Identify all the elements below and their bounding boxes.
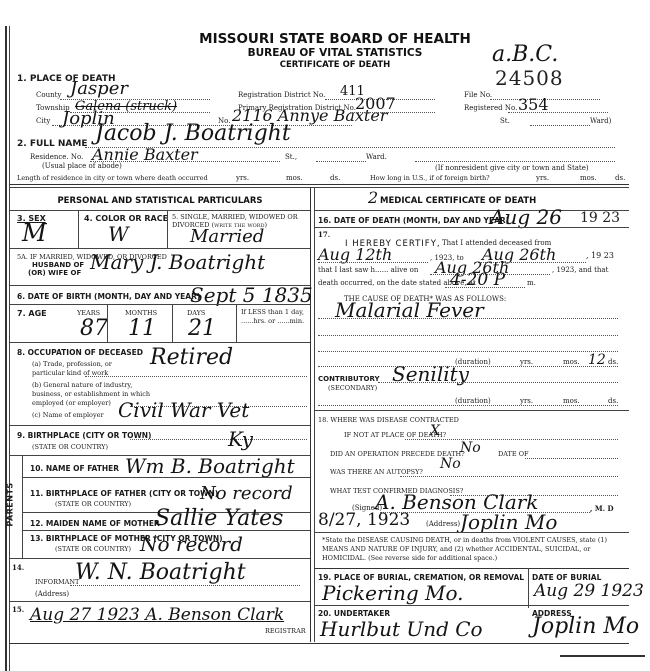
registrar-label: REGISTRAR <box>265 627 306 635</box>
undertaker-address-value: Joplin Mo <box>532 614 639 639</box>
foreign-ds-label: ds. <box>615 174 625 182</box>
form-name: CERTIFICATE OF DEATH <box>150 60 520 70</box>
line-cause <box>314 410 629 411</box>
father-value: Wm B. Boatright <box>125 454 295 478</box>
residence-st-label: St., <box>285 153 297 161</box>
line-personal <box>9 210 310 211</box>
date-of-label: DATE OF <box>498 450 529 458</box>
days-value: 21 <box>188 316 216 341</box>
occ-c-label: (c) Name of employer <box>32 411 104 419</box>
line-mother <box>22 530 310 531</box>
column-divider-2 <box>314 187 315 642</box>
registered-no-value: 354 <box>518 95 549 114</box>
parents-label: PARENTS <box>6 482 15 526</box>
filed-num: 15. <box>12 605 24 614</box>
years-value: 87 <box>80 316 108 341</box>
line-occ-bottom <box>9 425 310 426</box>
line-age-3 <box>236 304 237 342</box>
less-than-label: If LESS than 1 day, ......hrs. or ......… <box>241 308 307 326</box>
line-burial-bottom <box>314 605 629 606</box>
medical-address-value: Joplin Mo <box>460 510 557 534</box>
full-name-label: 2. FULL NAME <box>17 139 87 149</box>
father-birthplace-value: No record <box>200 483 293 504</box>
full-name-value: Jacob J. Boatright <box>95 121 291 146</box>
nonresident-note: (If nonresident give city or town and St… <box>435 164 589 172</box>
parents-divider <box>22 455 23 558</box>
dob-label: 6. DATE OF BIRTH (MONTH, DAY AND YEAR) <box>17 292 200 301</box>
line-informant <box>9 601 310 602</box>
burial-value: Pickering Mo. <box>322 581 464 605</box>
operation-value: No <box>460 440 481 456</box>
bottom-stroke <box>560 655 645 657</box>
father-state-label: (STATE OR COUNTRY) <box>55 500 131 508</box>
document-subtitle: BUREAU OF VITAL STATISTICS <box>150 47 520 59</box>
mother-state-label: (STATE OR COUNTRY) <box>55 545 131 553</box>
length-yrs-label: yrs. <box>236 174 249 182</box>
father-birthplace-label: 11. BIRTHPLACE OF FATHER (CITY OR TOWN) <box>30 489 218 498</box>
item-17: 17. <box>318 230 330 239</box>
length-mos-label: mos. <box>286 174 303 182</box>
duration-ds-label: ds. <box>608 358 618 366</box>
birthplace-value: Ky <box>228 427 253 451</box>
section-mark: 2 <box>368 188 378 207</box>
duration-mos-label: mos. <box>563 358 580 366</box>
spouse-value: Mary J. Boatright <box>90 250 265 274</box>
contributory-label: CONTRIBUTORY <box>318 375 380 383</box>
last-saw-label: that I last saw h...... alive on <box>318 266 418 274</box>
duration2-yrs-label: yrs. <box>520 397 533 405</box>
line-age-2 <box>172 304 173 342</box>
sex-value: M <box>22 219 47 247</box>
residence-ward-label: Ward. <box>366 153 387 161</box>
last-saw-year: , 1923, and that <box>552 266 608 274</box>
undertaker-value: Hurlbut Und Co <box>320 617 483 641</box>
column-divider <box>310 187 311 642</box>
personal-section-title: PERSONAL AND STATISTICAL PARTICULARS <box>10 196 310 206</box>
dod-label: 16. DATE OF DEATH (MONTH, DAY AND YEAR) <box>318 216 509 225</box>
filed-value: Aug 27 1923 A. Benson Clark <box>30 605 284 625</box>
line-sex-bottom <box>9 248 310 249</box>
medical-address-label: (Address) <box>426 520 460 528</box>
father-label: 10. NAME OF FATHER <box>30 464 119 473</box>
primary-district-label: Primary Registration District No. <box>238 104 356 112</box>
foreign-mos-label: mos. <box>580 174 597 182</box>
line-color <box>167 210 168 248</box>
length-residence-label: Length of residence in city or town wher… <box>17 174 208 182</box>
mother-birthplace-value: No record <box>140 532 243 556</box>
occupation-label: 8. OCCUPATION OF DECEASED <box>17 348 143 357</box>
line-burial <box>528 568 529 608</box>
registered-no-label: Registered No. <box>464 104 517 112</box>
left-border <box>5 26 7 671</box>
county-label: County <box>36 91 61 99</box>
attended-to-year: , 19 23 <box>586 251 614 260</box>
autopsy-value: No <box>440 456 461 472</box>
st-label: St. <box>500 117 510 125</box>
duration2-label: (duration) <box>455 397 491 405</box>
file-no-label: File No. <box>464 91 492 99</box>
county-value: Jasper <box>70 78 128 99</box>
death-time-suffix: m. <box>527 279 536 287</box>
document-title: MISSOURI STATE BOARD OF HEALTH <box>150 31 520 47</box>
divider-bottom <box>9 643 629 644</box>
mother-value: Sallie Yates <box>155 506 283 531</box>
line-age-bottom <box>9 342 310 343</box>
foreign-birth-label: How long in U.S., if of foreign birth? <box>370 174 490 182</box>
months-value: 11 <box>128 316 156 341</box>
line-dob-bottom <box>9 304 310 305</box>
mother-label: 12. MAIDEN NAME OF MOTHER <box>30 519 160 528</box>
line-parents-bottom <box>9 558 310 559</box>
ward-label: Ward) <box>590 117 611 125</box>
line-father <box>22 477 310 478</box>
line-footnote <box>314 568 629 569</box>
footnote: *State the DISEASE CAUSING DEATH, or in … <box>322 536 622 563</box>
spouse-label-2: HUSBAND OF <box>32 261 84 269</box>
foreign-yrs-label: yrs. <box>536 174 549 182</box>
city-label: City <box>36 117 50 125</box>
age-label: 7. AGE <box>17 309 47 318</box>
length-ds-label: ds. <box>330 174 340 182</box>
duration2-mos-label: mos. <box>563 397 580 405</box>
divider-main-top-2 <box>9 187 629 188</box>
residence-note: (Usual place of abode) <box>42 162 122 170</box>
informant-address-label: (Address) <box>35 590 69 598</box>
duration2-ds-label: ds. <box>608 397 618 405</box>
dod-value: Aug 26 <box>490 205 562 229</box>
line-dod <box>314 227 629 228</box>
left-border-inner <box>9 26 10 671</box>
line-age-1 <box>107 304 108 342</box>
marital-value: Married <box>190 226 264 247</box>
informant-num: 14. <box>12 563 24 572</box>
registration-district-label: Registration District No. <box>238 91 325 99</box>
line-sex <box>78 210 79 248</box>
occ-bc-value: Civil War Vet <box>118 398 249 422</box>
line-signed <box>314 532 629 533</box>
duration-yrs-label: yrs. <box>520 358 533 366</box>
spouse-label-3: (OR) WIFE OF <box>28 269 81 277</box>
birthplace-state-label: (STATE OR COUNTRY) <box>32 443 108 451</box>
primary-district-value: 2007 <box>355 94 396 113</box>
md-label: , M. D <box>590 504 614 513</box>
sign-date: 8/27, 1923 <box>318 510 410 530</box>
occ-a-value: Retired <box>150 345 233 370</box>
residence-label: Residence. No. <box>30 153 83 161</box>
burial-date-value: Aug 29 1923 <box>534 581 644 601</box>
autopsy-label: WAS THERE AN AUTOPSY? <box>330 468 423 476</box>
divider-main-top <box>9 184 629 185</box>
corner-note: a.B.C. <box>492 42 558 67</box>
color-value: W <box>108 222 129 246</box>
file-number-stamp: 24508 <box>495 66 564 90</box>
informant-value: W. N. Boatright <box>75 560 246 585</box>
dod-year: 19 23 <box>580 210 620 226</box>
secondary-label: (SECONDARY) <box>328 384 377 392</box>
if-not-value: X <box>430 423 440 439</box>
